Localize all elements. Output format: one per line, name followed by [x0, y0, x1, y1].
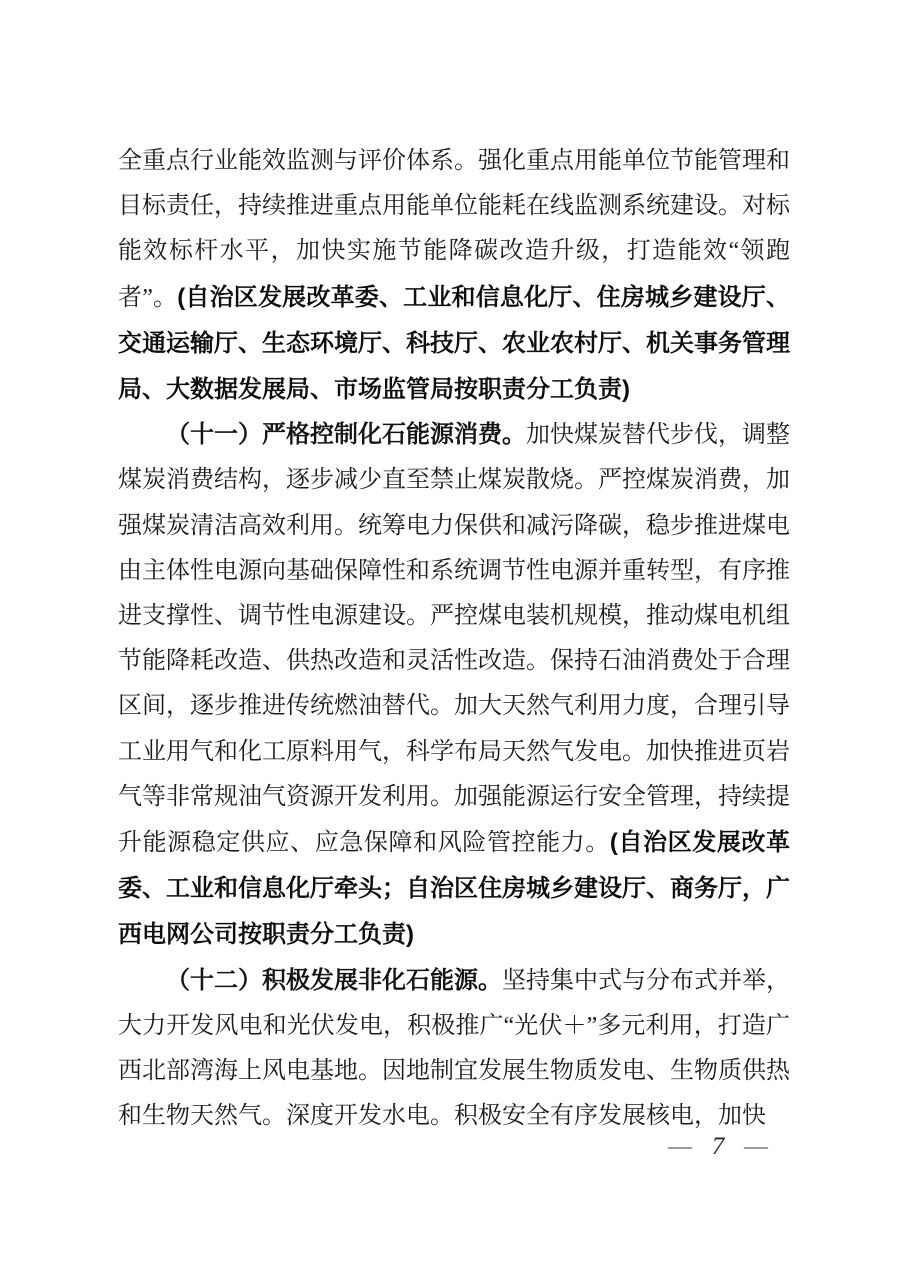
paragraph: 全重点行业能效监测与评价体系。强化重点用能单位节能管理和目标责任，持续推进重点用… [118, 139, 790, 413]
responsibility-clause: (自治区发展改革委、工业和信息化厅、住房城乡建设厅、交通运输厅、生态环境厅、科技… [118, 284, 790, 403]
paragraph: （十二）积极发展非化石能源。坚持集中式与分布式并举，大力开发风电和光伏发电，积极… [118, 959, 790, 1140]
section-heading: （十二）积极发展非化石能源。 [166, 968, 502, 994]
document-page: 全重点行业能效监测与评价体系。强化重点用能单位节能管理和目标责任，持续推进重点用… [0, 0, 900, 1272]
page-number: — 7 — [668, 1133, 768, 1161]
document-body: 全重点行业能效监测与评价体系。强化重点用能单位节能管理和目标责任，持续推进重点用… [118, 139, 790, 1139]
paragraph: （十一）严格控制化石能源消费。加快煤炭替代步伐，调整煤炭消费结构，逐步减少直至禁… [118, 413, 790, 958]
page-number-dash-right: — [744, 1136, 768, 1158]
page-number-dash-left: — [668, 1136, 692, 1158]
body-text: 加快煤炭替代步伐，调整煤炭消费结构，逐步减少直至禁止煤炭散烧。严控煤炭消费，加强… [118, 422, 790, 856]
section-heading: （十一）严格控制化石能源消费。 [166, 422, 526, 448]
page-number-value: 7 [712, 1133, 725, 1161]
